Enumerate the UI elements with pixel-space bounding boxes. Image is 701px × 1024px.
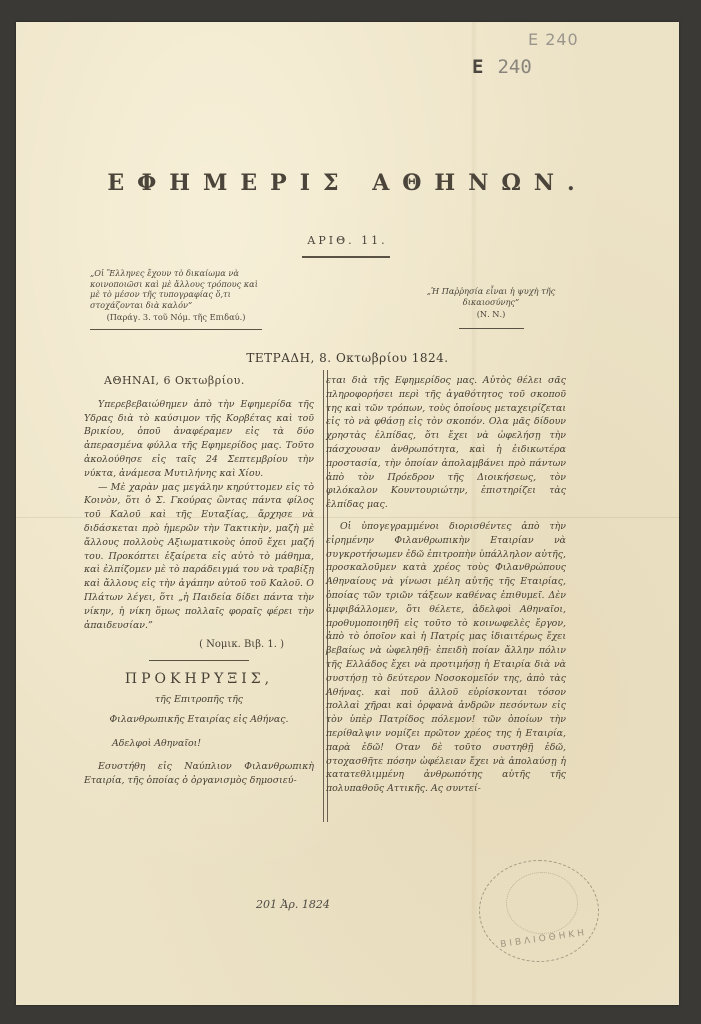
pencil-catalog-number: E 240 — [528, 30, 579, 49]
proclamation-subtitle-1: τῆς Επιτροπῆς τῆς — [84, 693, 314, 707]
right-column: εται διὰ τῆς Εφημερίδος μας. Αὐτὸς θέλει… — [326, 374, 566, 796]
section-rule — [149, 660, 249, 661]
left-column: ΑΘΗΝΑΙ, 6 Οκτωβρίου. Υπερεβεβαιώθημεν ἀπ… — [84, 374, 314, 788]
article-paragraph: Οἱ ὑπογεγραμμένοι διορισθέντες ἀπὸ τὴν ε… — [326, 520, 566, 796]
issue-number: ΑΡΙΘ. 11. — [16, 234, 679, 247]
newspaper-page: E 240 E240 ΕΦΗΜΕΡΙΣ ΑΘΗΝΩΝ. ΑΡΙΘ. 11. „Ο… — [16, 22, 679, 1005]
epigraph-left-rule — [90, 329, 262, 330]
epigraph-right-text: „Ἡ Παῤῥησία εἶναι ἡ ψυχὴ τῆς δικαιοσύνης… — [427, 286, 555, 307]
stamp-number: 240 — [497, 56, 531, 78]
proclamation-title: ΠΡΟΚΗΡΥΞΙΣ, — [84, 673, 314, 687]
article-paragraph: εται διὰ τῆς Εφημερίδος μας. Αὐτὸς θέλει… — [326, 374, 566, 512]
epigraph-right-rule — [459, 328, 524, 329]
article-paragraph: Εσυστήθη εἰς Ναύπλιον Φιλανθρωπικὴ Εταιρ… — [84, 760, 314, 788]
article-paragraph: Υπερεβεβαιώθημεν ἀπὸ τὴν Εφημερίδα τῆς Υ… — [84, 398, 314, 481]
proclamation-greeting: Αδελφοὶ Αθηναῖοι! — [112, 737, 314, 751]
stamped-catalog-number: E240 — [472, 56, 532, 78]
dateline: ΤΕΤΡΑΔΗ, 8. Οκτωβρίου 1824. — [16, 351, 679, 365]
masthead-title: ΕΦΗΜΕΡΙΣ ΑΘΗΝΩΝ. — [16, 170, 679, 196]
citation: ( Νομικ. Βιβ. 1. ) — [84, 638, 284, 652]
epigraph-left-source: (Παράγ. 3. τοῦ Νόμ. τῆς Επιδαύ.) — [90, 312, 262, 323]
epigraph-left: „Οἱ Ἕλληνες ἔχουν τὸ δικαίωμα νὰ κοινοπο… — [90, 268, 262, 330]
proclamation-subtitle-2: Φιλανθρωπικῆς Εταιρίας εἰς Αθήνας. — [84, 713, 314, 727]
epigraph-left-text: „Οἱ Ἕλληνες ἔχουν τὸ δικαίωμα νὰ κοινοπο… — [90, 268, 258, 310]
handwritten-note: 201 Ἀρ. 1824 — [256, 898, 330, 911]
masthead-rule — [302, 256, 390, 258]
stamp-letter: E — [472, 56, 483, 78]
article-paragraph: — Μὲ χαρὰν μας μεγάλην κηρύττομεν εἰς τὸ… — [84, 481, 314, 633]
epigraph-right-source: (Ν. Ν.) — [406, 309, 576, 320]
dispatch-heading: ΑΘΗΝΑΙ, 6 Οκτωβρίου. — [104, 374, 314, 388]
epigraph-right: „Ἡ Παῤῥησία εἶναι ἡ ψυχὴ τῆς δικαιοσύνης… — [406, 286, 576, 329]
library-stamp-inner — [506, 872, 578, 934]
